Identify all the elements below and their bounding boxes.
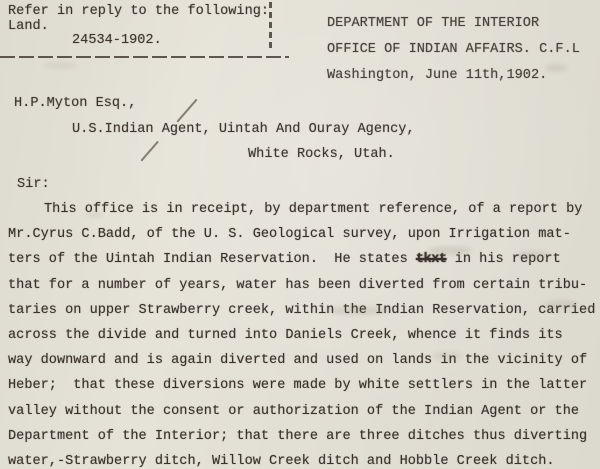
addressee-title-text: U.S.Indian Agent, Uintah And Ouray Agenc… bbox=[72, 122, 415, 137]
ink-smudge bbox=[44, 62, 78, 69]
letterhead-block: DEPARTMENT OF THE INTERIOR OFFICE OF IND… bbox=[327, 11, 580, 89]
pen-checkmark-2 bbox=[140, 141, 158, 162]
body-line: across the divide and turned into Daniel… bbox=[8, 323, 600, 348]
ink-smudge bbox=[428, 246, 472, 255]
ink-smudge bbox=[545, 64, 567, 72]
body-line: water,-Strawberry ditch, Willow Creek di… bbox=[8, 449, 600, 469]
body-line: valley without the consent or authorizat… bbox=[8, 399, 600, 424]
reply-reference-block: Refer in reply to the following: Land. 2… bbox=[8, 5, 269, 49]
scanned-letter-page: Refer in reply to the following: Land. 2… bbox=[0, 0, 600, 469]
reply-instruction-text: Refer in reply to the following: bbox=[8, 5, 269, 20]
body-line: Mr.Cyrus C.Badd, of the U. S. Geological… bbox=[8, 222, 600, 247]
salutation-text: Sir: bbox=[17, 177, 50, 192]
ink-smudge bbox=[516, 251, 550, 259]
letterhead-dateline-text: Washington, June 11th,1902. bbox=[327, 63, 580, 89]
ink-smudge bbox=[432, 352, 462, 360]
body-line: ters of the Uintah Indian Reservation. H… bbox=[8, 247, 600, 272]
reply-category-text: Land. bbox=[8, 20, 269, 35]
file-number-text: 24534-1902. bbox=[8, 34, 269, 49]
body-line: Heber; that these diversions were made b… bbox=[8, 373, 600, 398]
ink-smudge bbox=[86, 212, 102, 218]
horizontal-dashed-rule bbox=[0, 56, 289, 58]
body-line: Department of the Interior; that there a… bbox=[8, 424, 600, 449]
body-line: This office is in receipt, by department… bbox=[8, 197, 600, 222]
letterhead-office-text: OFFICE OF INDIAN AFFAIRS. C.F.L bbox=[327, 37, 580, 63]
ink-smudge bbox=[326, 306, 390, 315]
body-line-segment: ters of the Uintah Indian Reservation. H… bbox=[8, 252, 416, 267]
addressee-location-text: White Rocks, Utah. bbox=[248, 147, 395, 162]
addressee-name-text: H.P.Myton Esq., bbox=[14, 96, 136, 111]
body-line: taries on upper Strawberry creek, within… bbox=[8, 298, 600, 323]
letterhead-department-text: DEPARTMENT OF THE INTERIOR bbox=[327, 11, 580, 37]
body-line: that for a number of years, water has be… bbox=[8, 273, 600, 298]
body-line: way downward and is again diverted and u… bbox=[8, 348, 600, 373]
pen-checkmark-1 bbox=[176, 99, 197, 123]
ink-smudge bbox=[544, 300, 578, 309]
letter-body: This office is in receipt, by department… bbox=[8, 197, 600, 469]
vertical-dashed-divider bbox=[269, 2, 272, 52]
